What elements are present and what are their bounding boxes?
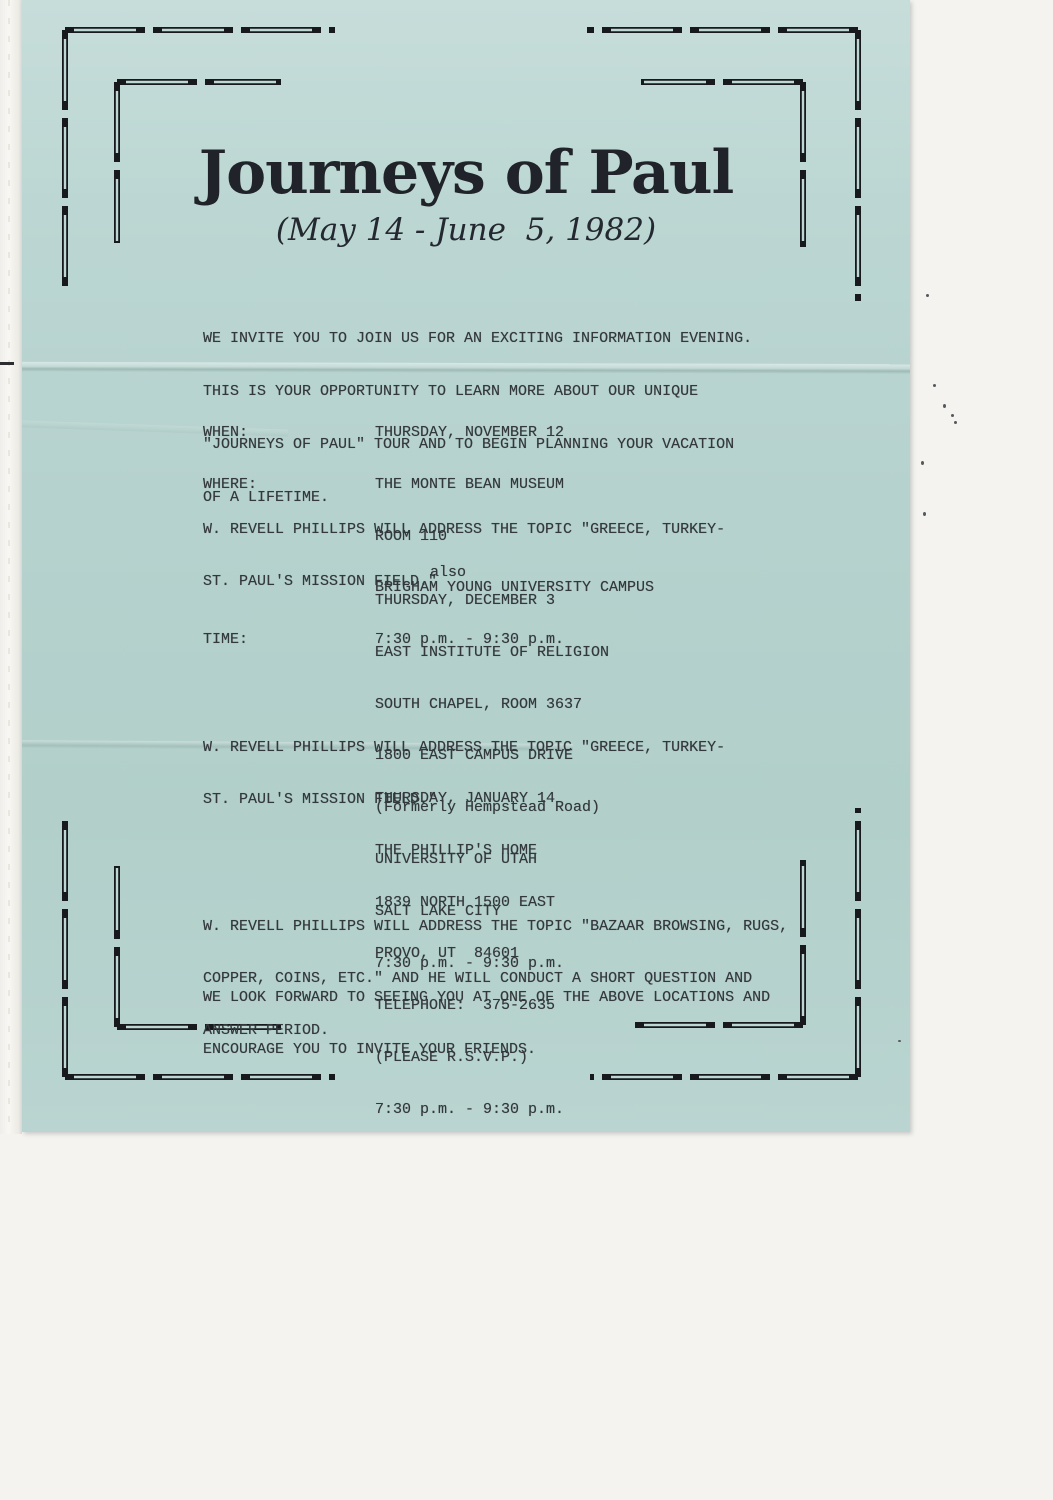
scan-edge-mark: [0, 362, 14, 365]
dust-speck: [898, 1040, 901, 1042]
dust-speck: [921, 461, 924, 465]
when-value: THURSDAY, NOVEMBER 12: [375, 424, 564, 441]
dust-speck: [954, 421, 957, 424]
dust-speck: [923, 512, 926, 516]
dust-speck: [951, 414, 954, 417]
sheet-protector-strip: [0, 0, 22, 1134]
dust-speck: [943, 404, 946, 408]
sheet-protector-texture: [8, 0, 10, 1134]
page-subtitle-dates: (May 14 - June 5, 1982): [86, 212, 846, 248]
closing-paragraph: WE LOOK FORWARD TO SEEING YOU AT ONE OF …: [203, 955, 770, 1093]
flyer-paper: Journeys of Paul (May 14 - June 5, 1982)…: [22, 0, 910, 1132]
when-label: WHEN:: [203, 424, 375, 442]
page-title: Journeys of Paul: [86, 138, 846, 208]
scanner-background: Journeys of Paul (May 14 - June 5, 1982)…: [0, 0, 1053, 1500]
time-label: TIME:: [203, 631, 375, 649]
dust-speck: [933, 384, 936, 387]
dust-speck: [926, 294, 929, 297]
